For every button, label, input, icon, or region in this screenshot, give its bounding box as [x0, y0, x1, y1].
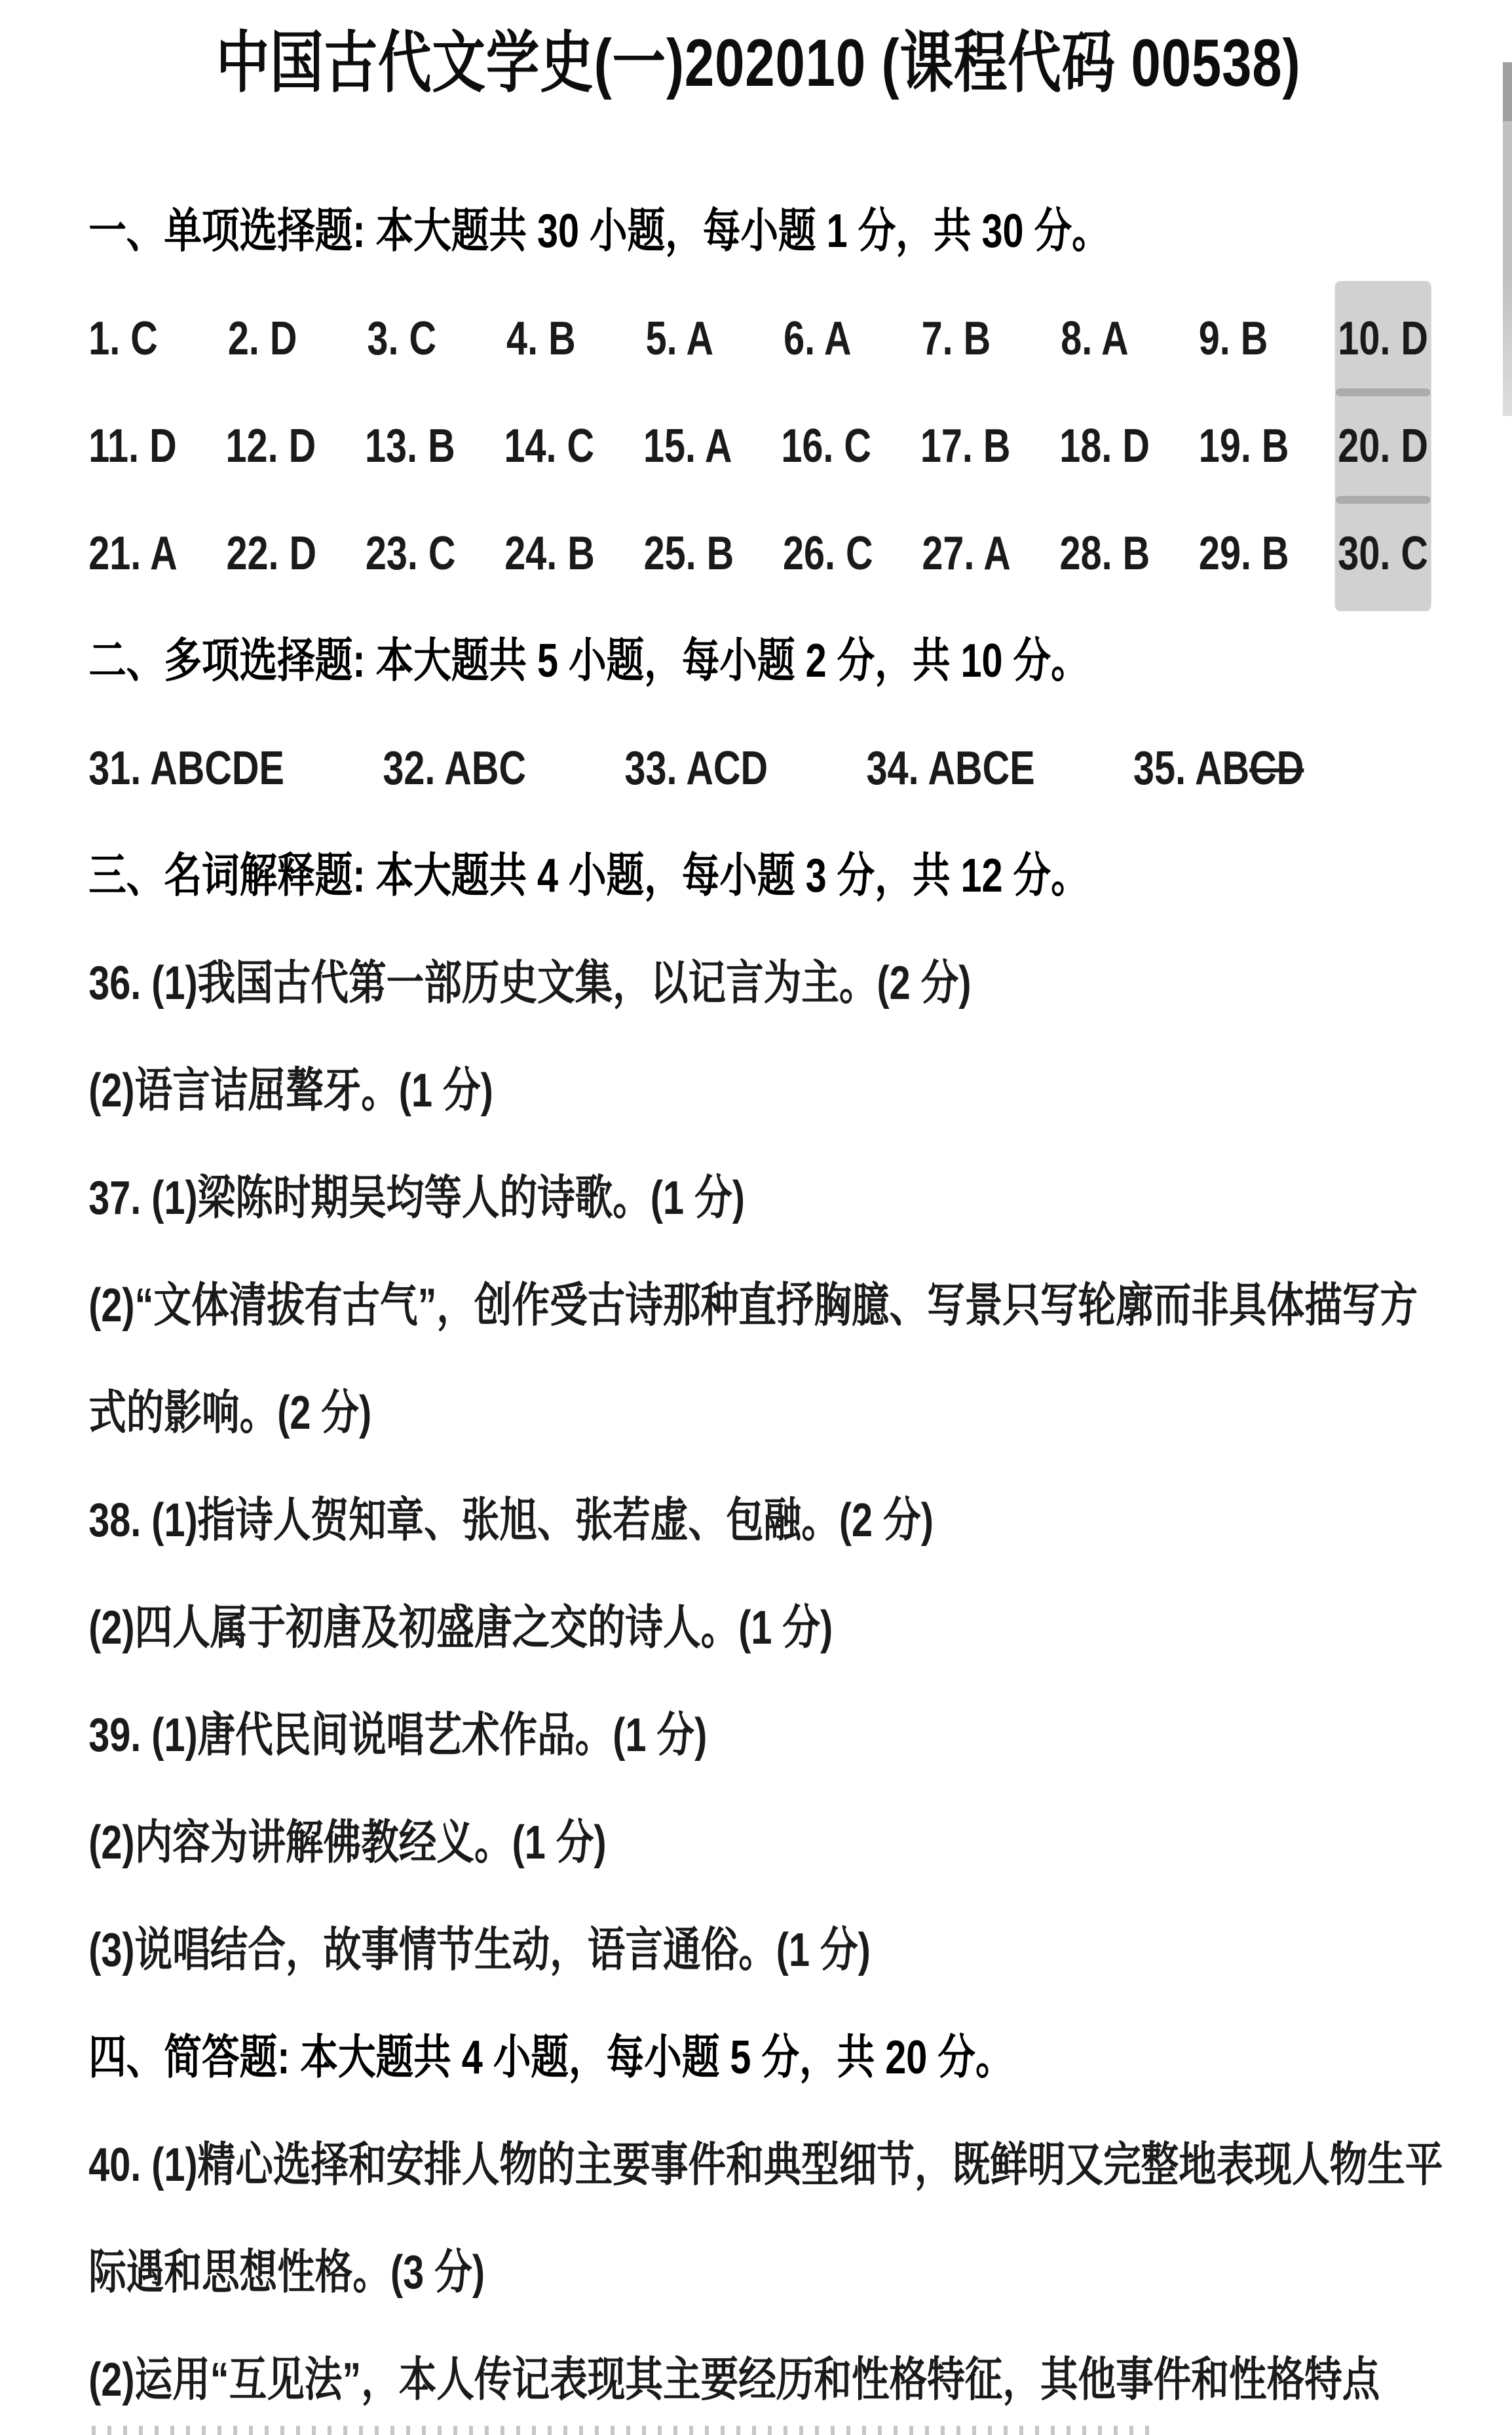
answer-cell-14: 14. C	[504, 392, 594, 500]
answer-cell-7: 7. B	[922, 285, 991, 392]
answer-item-39-2: (2)内容为讲解佛教经义。(1 分)	[88, 1789, 1428, 1897]
answer-cell-22: 22. D	[226, 500, 316, 607]
section3-heading: 三、名词解释题: 本大题共 4 小题，每小题 3 分，共 12 分。	[88, 822, 1428, 930]
answer-cell-27: 27. A	[922, 500, 1011, 607]
answer-cell-8: 8. A	[1061, 285, 1129, 392]
answer-cell-18: 18. D	[1059, 392, 1150, 500]
answer-item-37-2-line1: (2)“文体清拔有古气”，创作受古诗那种直抒胸臆、写景只写轮廓而非具体描写方	[88, 1252, 1428, 1359]
answer-cell-2: 2. D	[228, 285, 297, 392]
answer-cell-33: 33. ACD	[624, 715, 768, 822]
answer-cell-21: 21. A	[88, 500, 178, 607]
answer-cell-6: 6. A	[784, 285, 852, 392]
answer-item-38-1: 38. (1)指诗人贺知章、张旭、张若虚、包融。(2 分)	[88, 1467, 1428, 1574]
answer-cell-13: 13. B	[365, 392, 455, 500]
answer-cell-25: 25. B	[644, 500, 734, 607]
page-title: 中国古代文学史(一)202010 (课程代码 00538)	[88, 10, 1428, 115]
answer-cell-35: 35. ABCD	[1133, 715, 1304, 822]
answer-cell-30: 30. C	[1338, 500, 1428, 607]
answer-cell-28: 28. B	[1060, 500, 1150, 607]
answer-item-40-2: (2)运用“互见法”，本人传记表现其主要经历和性格特征，其他事件和性格特点	[88, 2326, 1428, 2434]
answer-35-kept: 35. AB	[1133, 742, 1249, 795]
answer-cell-29: 29. B	[1199, 500, 1289, 607]
answer-cell-5: 5. A	[646, 285, 714, 392]
answer-cell-1: 1. C	[88, 285, 158, 392]
answer-cell-34: 34. ABCE	[867, 715, 1035, 822]
answer-cell-12: 12. D	[226, 392, 316, 500]
answer-item-40-1-line2: 际遇和思想性格。(3 分)	[88, 2219, 1428, 2326]
answer-cell-16: 16. C	[781, 392, 871, 500]
answer-row-11-20: 11. D 12. D 13. B 14. C 15. A 16. C 17. …	[88, 392, 1428, 500]
answer-cell-9: 9. B	[1199, 285, 1268, 392]
answer-35-struck: CD	[1249, 742, 1304, 795]
answer-row-21-30: 21. A 22. D 23. C 24. B 25. B 26. C 27. …	[88, 500, 1428, 607]
answer-item-39-3: (3)说唱结合，故事情节生动，语言通俗。(1 分)	[88, 1897, 1428, 2004]
answer-cell-17: 17. B	[920, 392, 1011, 500]
scan-artifact-clipped-line	[92, 2426, 1153, 2435]
answer-cell-24: 24. B	[504, 500, 595, 607]
answer-item-39-1: 39. (1)唐代民间说唱艺术作品。(1 分)	[88, 1682, 1428, 1789]
answer-cell-4: 4. B	[506, 285, 576, 392]
answer-item-38-2: (2)四人属于初唐及初盛唐之交的诗人。(1 分)	[88, 1574, 1428, 1682]
answer-row-1-10: 1. C 2. D 3. C 4. B 5. A 6. A 7. B 8. A …	[88, 285, 1428, 392]
answer-item-36-1: 36. (1)我国古代第一部历史文集，以记言为主。(2 分)	[88, 930, 1428, 1037]
section1-heading: 一、单项选择题: 本大题共 30 小题，每小题 1 分，共 30 分。	[88, 178, 1428, 285]
answer-cell-19: 19. B	[1199, 392, 1289, 500]
answer-cell-32: 32. ABC	[383, 715, 526, 822]
document-page: 中国古代文学史(一)202010 (课程代码 00538) 一、单项选择题: 本…	[0, 0, 1512, 2434]
section4-heading: 四、简答题: 本大题共 4 小题，每小题 5 分，共 20 分。	[88, 2004, 1428, 2111]
answer-item-37-1: 37. (1)梁陈时期吴均等人的诗歌。(1 分)	[88, 1144, 1428, 1252]
answer-cell-11: 11. D	[88, 392, 177, 500]
document-content: 中国古代文学史(一)202010 (课程代码 00538) 一、单项选择题: 本…	[0, 0, 1512, 2434]
answer-row-31-35: 31. ABCDE 32. ABC 33. ACD 34. ABCE 35. A…	[88, 715, 1304, 822]
answer-cell-3: 3. C	[367, 285, 436, 392]
answer-cell-26: 26. C	[783, 500, 873, 607]
scan-artifact-right-edge	[1503, 62, 1512, 416]
answer-cell-31: 31. ABCDE	[88, 715, 284, 822]
section2-heading: 二、多项选择题: 本大题共 5 小题，每小题 2 分，共 10 分。	[88, 607, 1428, 715]
answer-item-40-1-line1: 40. (1)精心选择和安排人物的主要事件和典型细节，既鲜明又完整地表现人物生平	[88, 2111, 1428, 2219]
answer-cell-15: 15. A	[643, 392, 732, 500]
answer-cell-23: 23. C	[366, 500, 456, 607]
answer-item-37-2-line2: 式的影响。(2 分)	[88, 1359, 1428, 1467]
answer-item-36-2: (2)语言诘屈聱牙。(1 分)	[88, 1037, 1428, 1144]
answer-cell-20: 20. D	[1338, 392, 1428, 500]
answer-cell-10: 10. D	[1338, 285, 1428, 392]
